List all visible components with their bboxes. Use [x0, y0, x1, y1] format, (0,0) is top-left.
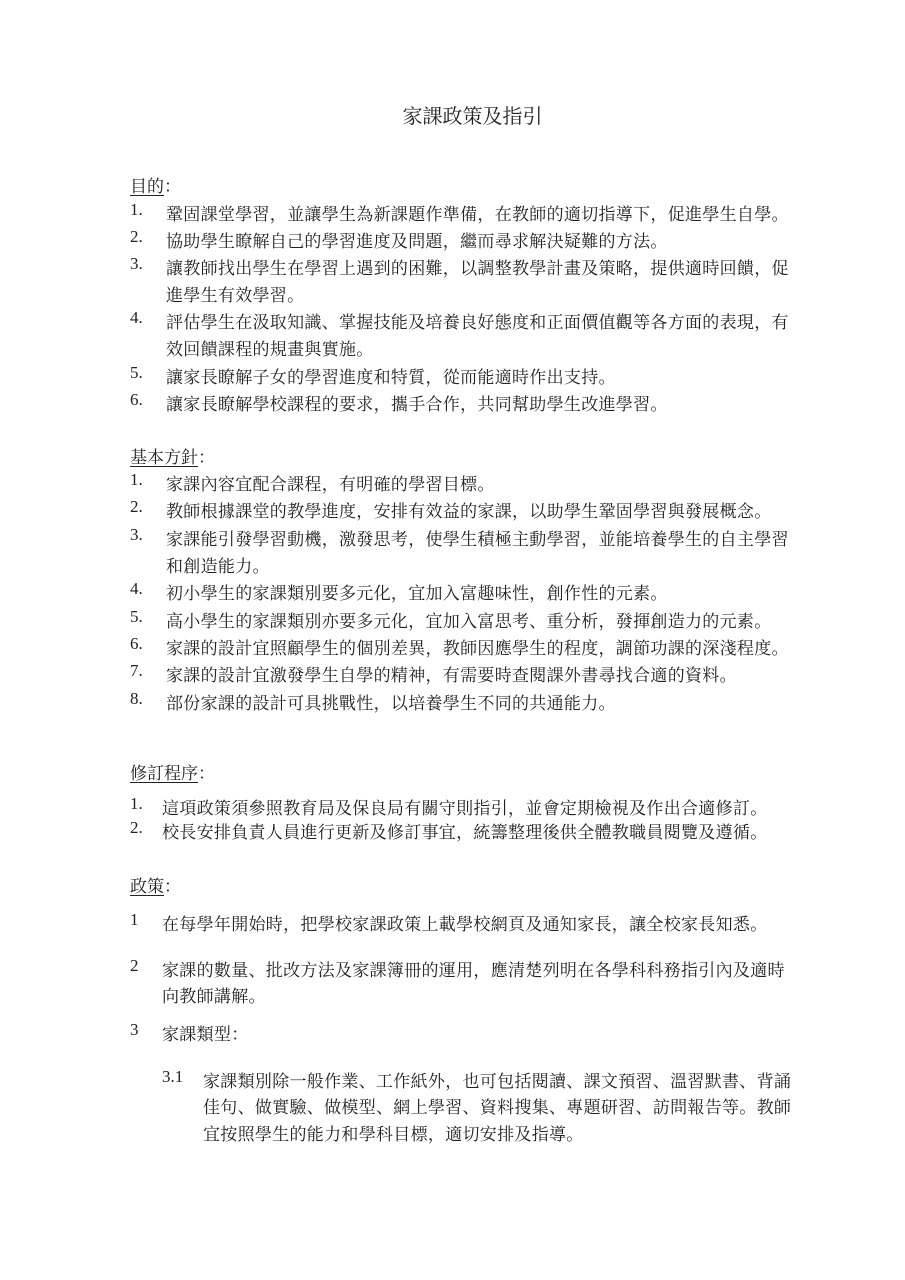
item-text: 家課能引發學習動機，激發思考，使學生積極主動學習，並能培養學生的自主學習: [166, 525, 789, 550]
item-number: 6.: [130, 390, 143, 410]
heading-text: 目的: [130, 177, 164, 197]
item-text-continued: 效回饋課程的規畫與實施。: [166, 335, 374, 360]
item-number: 1.: [130, 794, 143, 814]
item-number: 5.: [130, 363, 143, 383]
item-text: 讓教師找出學生在學習上遇到的困難，以調整教學計畫及策略，提供適時回饋，促: [166, 254, 789, 279]
section-heading-principles: 基本方針：: [130, 443, 215, 468]
item-text: 家課的設計宜照顧學生的個別差異，教師因應學生的程度，調節功課的深淺程度。: [166, 634, 789, 659]
heading-colon: ：: [164, 877, 181, 897]
item-number: 4.: [130, 579, 143, 599]
heading-colon: ：: [198, 764, 215, 784]
item-text-continued: 向教師講解。: [162, 982, 266, 1007]
document-page: 家課政策及指引 目的： 1. 鞏固課堂學習，並讓學生為新課題作準備，在教師的適切…: [0, 0, 905, 1280]
item-number: 2.: [130, 818, 143, 838]
item-text: 鞏固課堂學習，並讓學生為新課題作準備，在教師的適切指導下，促進學生自學。: [166, 200, 789, 225]
heading-text: 修訂程序: [130, 764, 198, 784]
item-number: 3.: [130, 254, 143, 274]
item-number: 4.: [130, 308, 143, 328]
item-text-continued: 和創造能力。: [166, 552, 270, 577]
item-text: 這項政策須參照教育局及保良局有關守則指引，並會定期檢視及作出合適修訂。: [162, 794, 768, 819]
subitem-number: 3.1: [162, 1067, 183, 1087]
item-number: 2.: [130, 497, 143, 517]
item-text: 家課類型：: [162, 1020, 249, 1045]
heading-colon: ：: [198, 448, 215, 468]
item-text-continued: 進學生有效學習。: [166, 281, 304, 306]
item-number: 2.: [130, 227, 143, 247]
item-number: 7.: [130, 661, 143, 681]
subitem-text: 家課類別除一般作業、工作紙外，也可包括閱讀、課文預習、溫習默書、背誦: [203, 1067, 791, 1092]
subitem-text-continued: 佳句、做實驗、做模型、網上學習、資料搜集、專題研習、訪問報告等。教師: [203, 1093, 791, 1118]
item-text: 家課內容宜配合課程，有明確的學習目標。: [166, 470, 495, 495]
item-text: 校長安排負責人員進行更新及修訂事宜，統籌整理後供全體教職員閱覽及遵循。: [162, 818, 768, 843]
item-text: 在每學年開始時，把學校家課政策上載學校網頁及通知家長，讓全校家長知悉。: [162, 910, 768, 935]
heading-colon: ：: [164, 177, 181, 197]
item-text: 評估學生在汲取知識、掌握技能及培養良好態度和正面價值觀等各方面的表現，有: [166, 308, 789, 333]
item-text: 部份家課的設計可具挑戰性，以培養學生不同的共通能力。: [166, 689, 616, 714]
item-number: 2: [130, 956, 139, 976]
item-number: 3.: [130, 525, 143, 545]
section-heading-purpose: 目的：: [130, 172, 181, 197]
item-number: 8.: [130, 689, 143, 709]
item-text: 協助學生瞭解自己的學習進度及問題，繼而尋求解決疑難的方法。: [166, 227, 668, 252]
item-number: 1.: [130, 470, 143, 490]
item-number: 1: [130, 910, 139, 930]
item-number: 5.: [130, 607, 143, 627]
section-heading-revision: 修訂程序：: [130, 759, 215, 784]
item-text: 讓家長瞭解子女的學習進度和特質，從而能適時作出支持。: [166, 363, 616, 388]
item-text: 高小學生的家課類別亦要多元化，宜加入富思考、重分析，發揮創造力的元素。: [166, 607, 772, 632]
document-title: 家課政策及指引: [0, 100, 905, 129]
item-text: 讓家長瞭解學校課程的要求，攜手合作，共同幫助學生改進學習。: [166, 390, 668, 415]
section-heading-policy: 政策：: [130, 872, 181, 897]
subitem-text-continued: 宜按照學生的能力和學科目標，適切安排及指導。: [203, 1120, 584, 1145]
item-text: 家課的數量、批改方法及家課簿冊的運用，應清楚列明在各學科科務指引內及適時: [162, 956, 785, 981]
item-number: 3: [130, 1020, 139, 1040]
item-text: 教師根據課堂的教學進度，安排有效益的家課，以助學生鞏固學習與發展概念。: [166, 497, 772, 522]
item-number: 1.: [130, 200, 143, 220]
item-text: 初小學生的家課類別要多元化，宜加入富趣味性，創作性的元素。: [166, 579, 668, 604]
item-number: 6.: [130, 634, 143, 654]
heading-text: 政策: [130, 877, 164, 897]
item-text: 家課的設計宜激發學生自學的精神，有需要時查閱課外書尋找合適的資料。: [166, 661, 737, 686]
heading-text: 基本方針: [130, 448, 198, 468]
